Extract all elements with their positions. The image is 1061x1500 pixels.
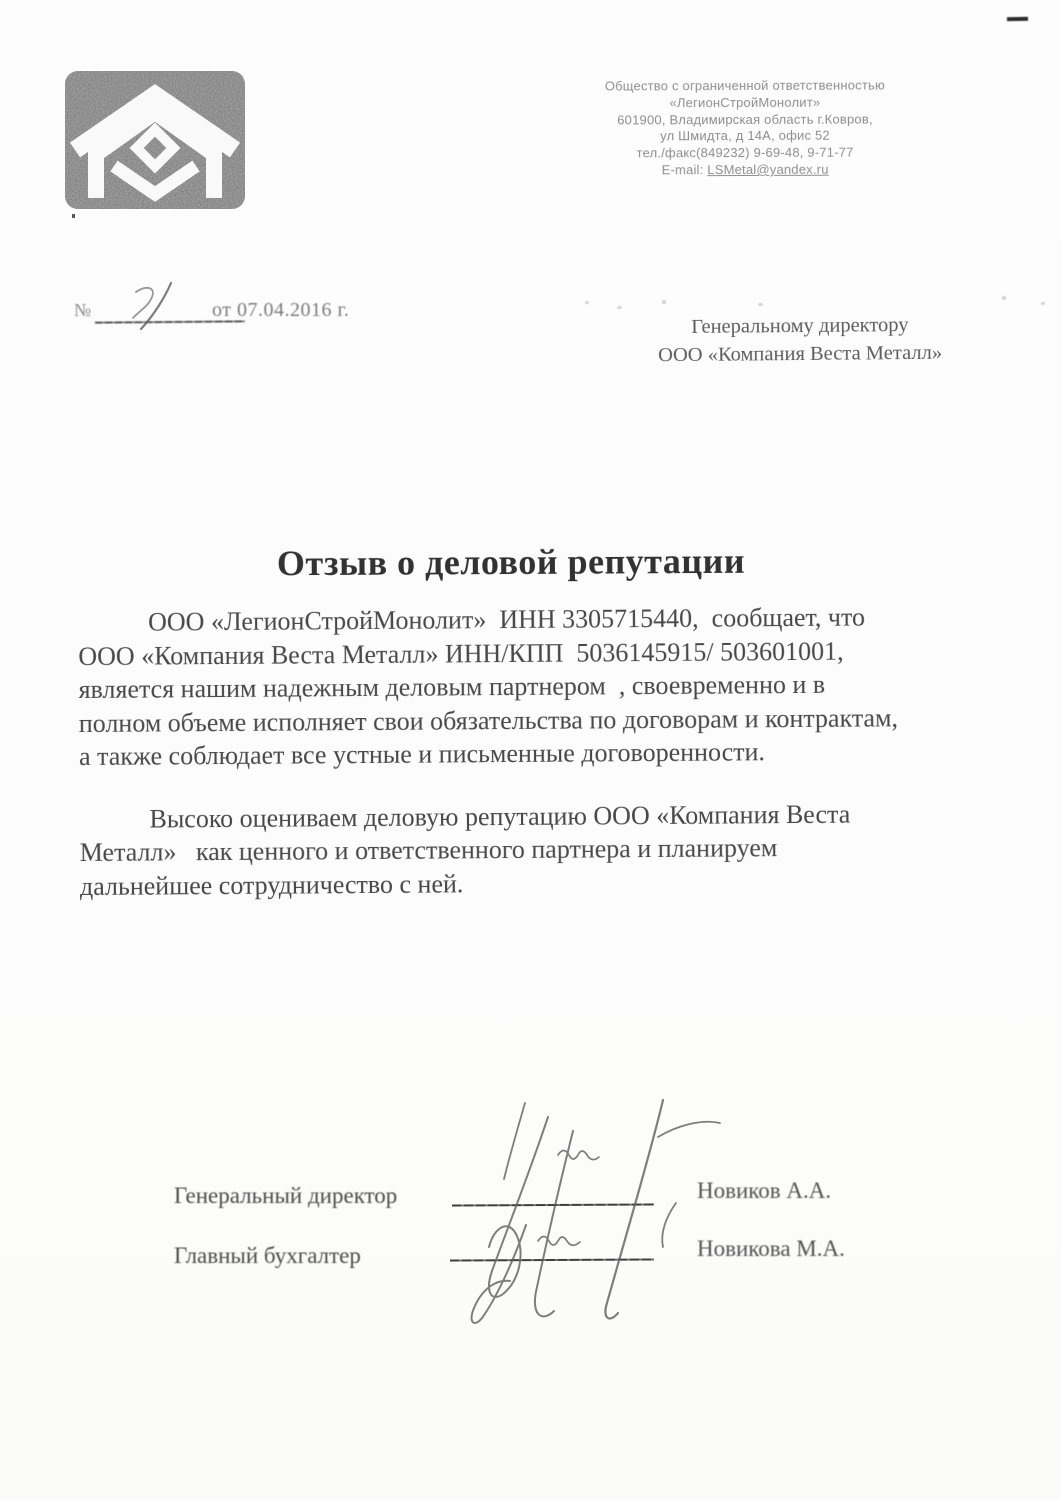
letterhead-line-org-type: Общество с ограниченной ответственностью xyxy=(575,77,915,95)
addressee-position: Генеральному директору xyxy=(640,311,960,342)
scan-speck xyxy=(1002,296,1006,300)
addressee-block: Генеральному директору ООО «Компания Вес… xyxy=(640,311,960,370)
handwritten-ref-number xyxy=(118,278,188,333)
company-logo xyxy=(62,68,248,213)
scan-speck xyxy=(662,300,666,304)
scan-speck xyxy=(585,301,589,304)
letterhead-line-phone: тел./факс(849232) 9-69-48, 9-71-77 xyxy=(575,145,915,163)
signer-position-1: Генеральный директор xyxy=(174,1183,397,1209)
ref-date: от 07.04.2016 г. xyxy=(212,299,349,322)
body-line: Высоко оцениваем деловую репутацию ООО «… xyxy=(79,796,979,836)
document-title: Отзыв о деловой репутации xyxy=(277,540,745,584)
signer-position-2: Главный бухгалтер xyxy=(174,1243,361,1269)
scan-speck xyxy=(1041,302,1045,305)
email-address: LSMetal@yandex.ru xyxy=(707,162,828,177)
scan-artifact-dot xyxy=(72,214,75,218)
email-label: E-mail: xyxy=(662,162,708,177)
letterhead-line-address1: 601900, Владимирская область г.Ковров, xyxy=(575,111,915,129)
handwritten-signature xyxy=(430,1075,730,1325)
paragraph-1: ООО «ЛегионСтройМонолит» ИНН 3305715440,… xyxy=(78,600,979,774)
ref-number-sign: № xyxy=(74,300,91,321)
scan-artifact-dash xyxy=(1007,17,1028,21)
body-line: а также соблюдает все устные и письменны… xyxy=(79,734,979,774)
addressee-company: ООО «Компания Веста Металл» xyxy=(640,339,960,370)
letterhead-line-email: E-mail: LSMetal@yandex.ru xyxy=(575,161,915,179)
scan-speck xyxy=(758,303,763,306)
body-line: ООО «ЛегионСтройМонолит» ИНН 3305715440,… xyxy=(78,600,978,640)
letter-body: ООО «ЛегионСтройМонолит» ИНН 3305715440,… xyxy=(78,600,980,903)
paragraph-2: Высоко оцениваем деловую репутацию ООО «… xyxy=(79,796,980,903)
letterhead-line-company: «ЛегионСтройМонолит» xyxy=(575,94,915,112)
body-line: дальнейшее сотрудничество с ней. xyxy=(80,863,980,903)
body-line: полном объеме исполняет свои обязательст… xyxy=(79,700,979,740)
letterhead-line-address2: ул Шмидта, д 14А, офис 52 xyxy=(575,128,915,146)
scan-speck xyxy=(617,306,622,309)
scanned-letter-page: Общество с ограниченной ответственностью… xyxy=(0,0,1061,1500)
body-line: ООО «Компания Веста Металл» ИНН/КПП 5036… xyxy=(78,633,978,673)
letterhead-info: Общество с ограниченной ответственностью… xyxy=(575,77,915,179)
